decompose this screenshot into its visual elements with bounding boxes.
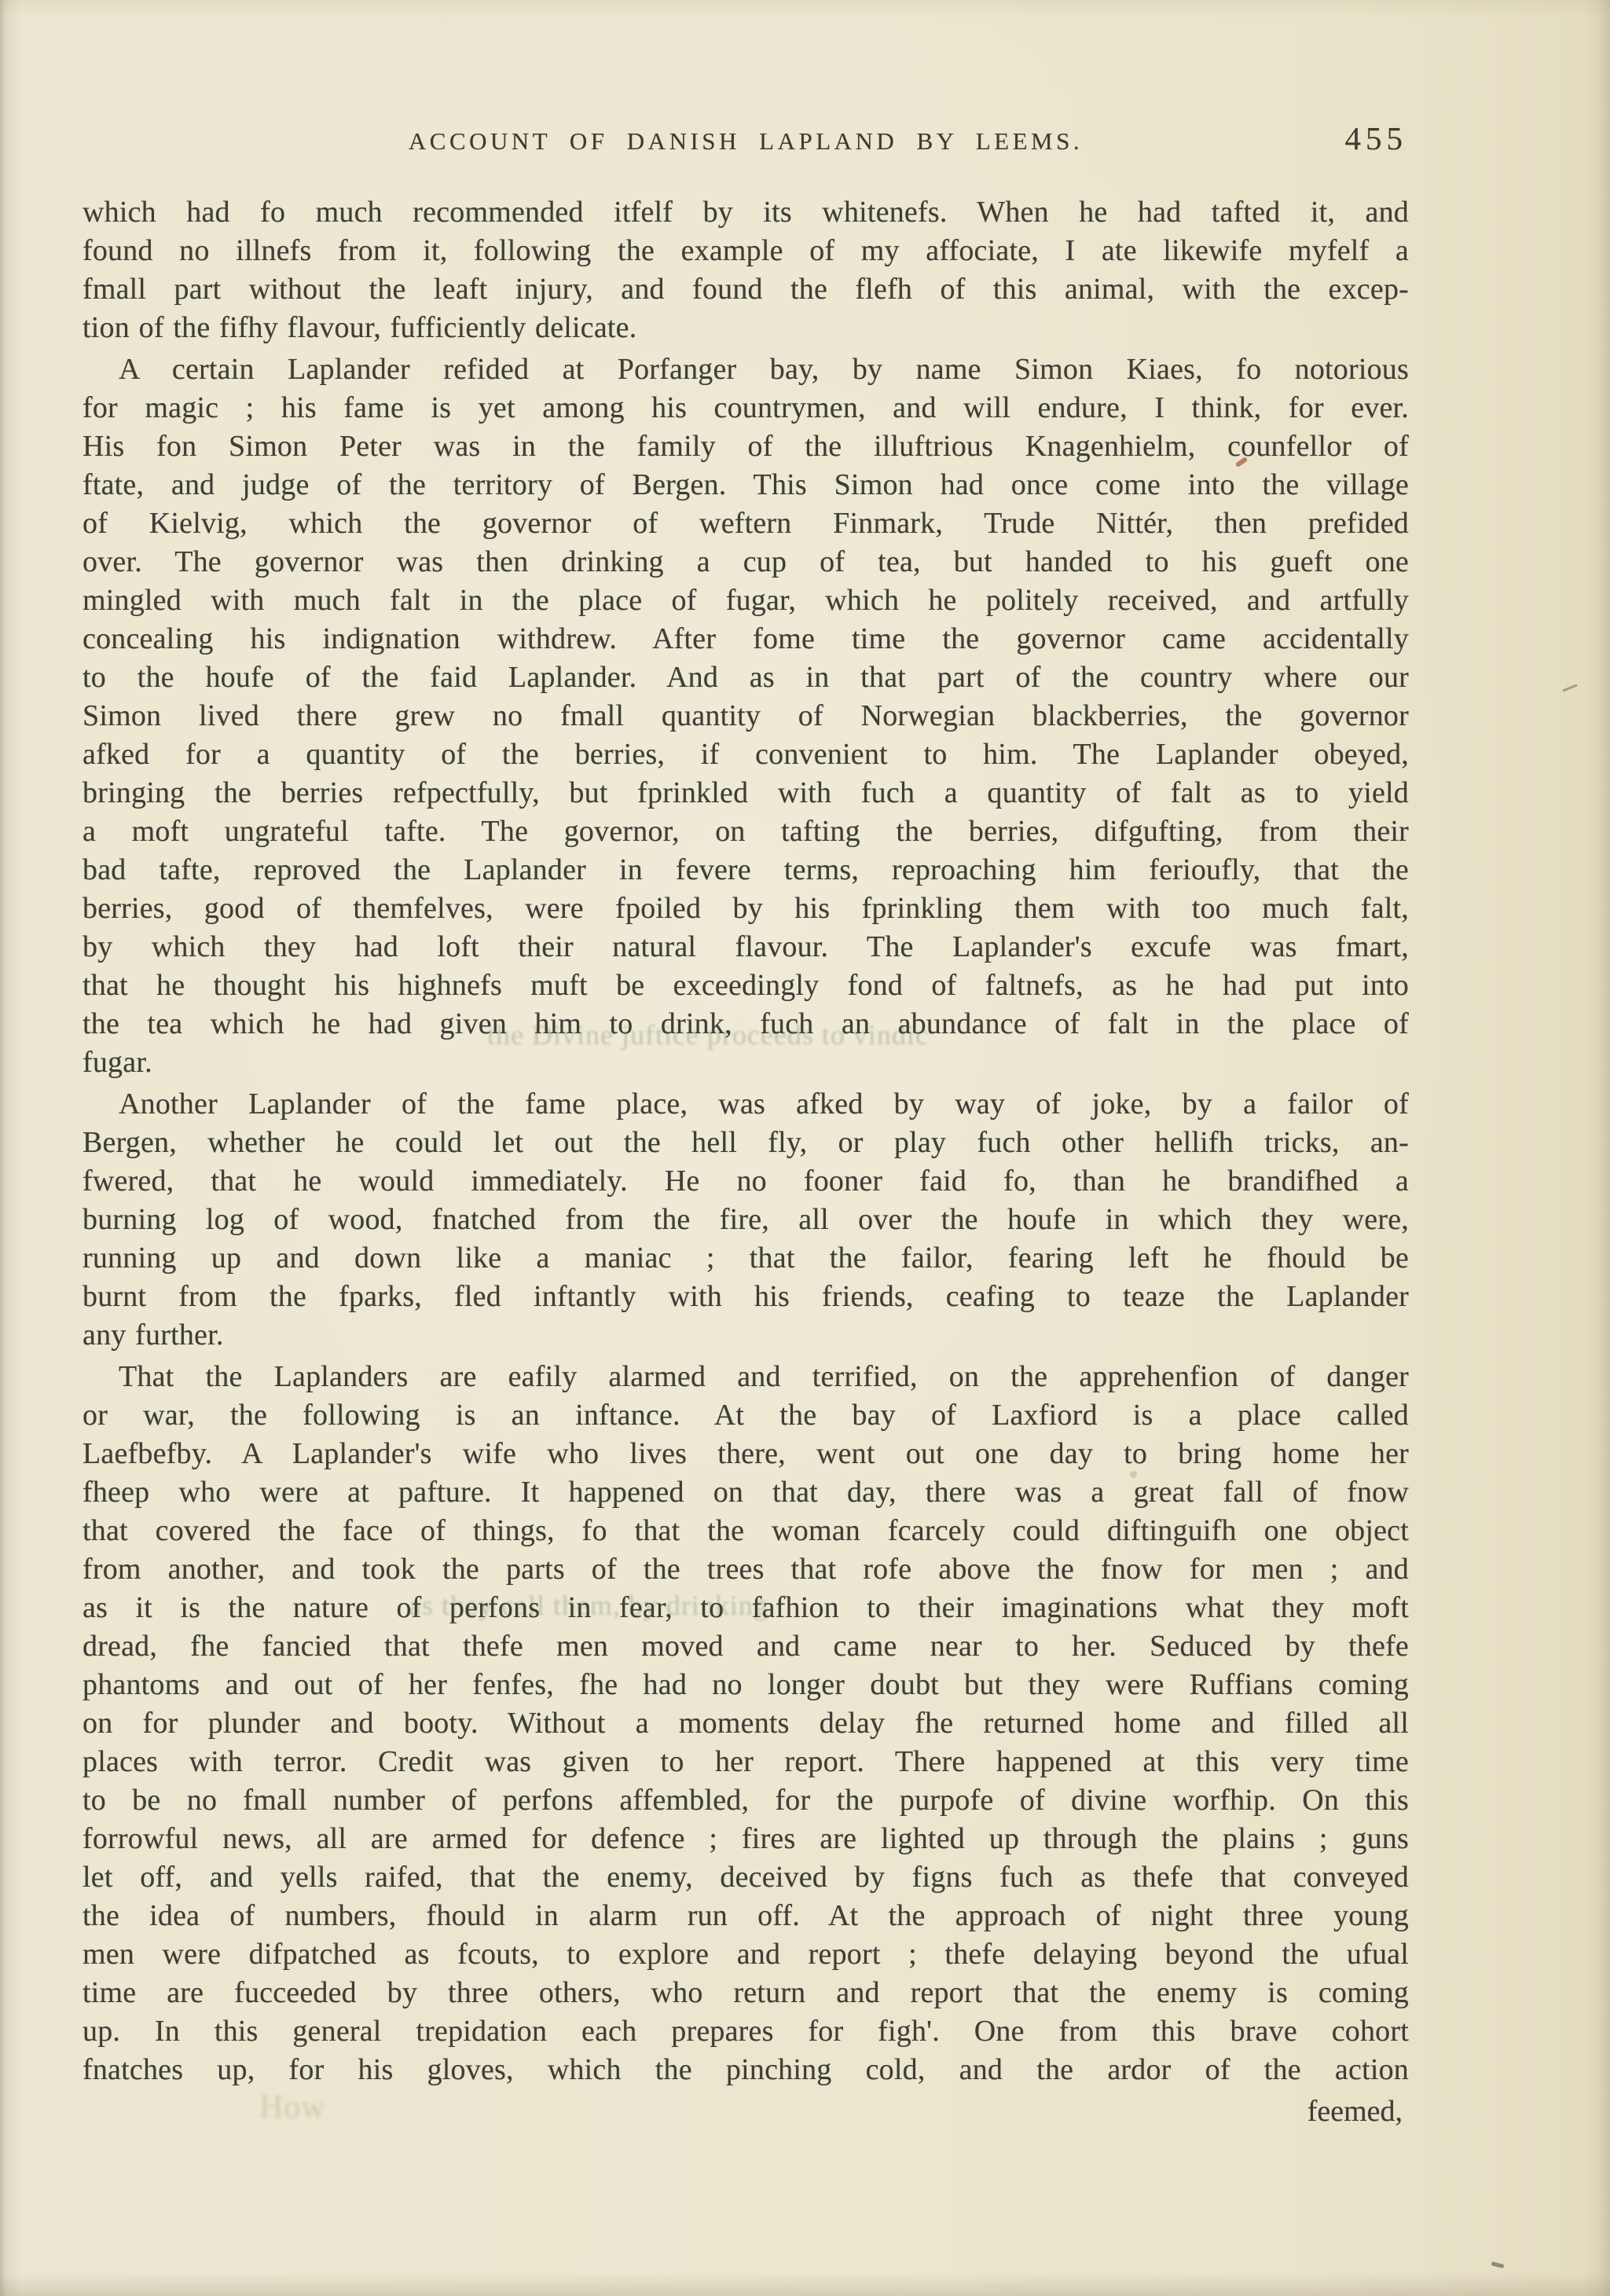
text-line: as it is the nature of perfons in fear, … bbox=[83, 1589, 1409, 1627]
text-line: on for plunder and booty. Without a mome… bbox=[83, 1704, 1409, 1743]
book-page: the Divine juftice proceeds to vindic as… bbox=[0, 0, 1610, 2296]
text-line: that covered the face of things, fo that… bbox=[83, 1512, 1409, 1550]
text-line: from another, and took the parts of the … bbox=[83, 1550, 1409, 1589]
text-line: mingled with much falt in the place of f… bbox=[83, 581, 1409, 620]
text-line: places with terror. Credit was given to … bbox=[83, 1743, 1409, 1781]
text-line: the tea which he had given him to drink,… bbox=[83, 1005, 1409, 1043]
text-line: found no illnefs from it, following the … bbox=[83, 232, 1409, 270]
text-line: berries, good of themfelves, were fpoile… bbox=[83, 889, 1409, 928]
text-line: a moft ungrateful tafte. The governor, o… bbox=[83, 812, 1409, 851]
text-line: fnatches up, for his gloves, which the p… bbox=[83, 2051, 1409, 2089]
text-line: That the Laplanders are eafily alarmed a… bbox=[83, 1358, 1409, 1396]
text-line: the idea of numbers, fhould in alarm run… bbox=[83, 1897, 1409, 1935]
text-line: by which they had loft their natural fla… bbox=[83, 928, 1409, 966]
text-line: let off, and yells raifed, that the enem… bbox=[83, 1858, 1409, 1897]
text-line: any further. bbox=[83, 1316, 1409, 1355]
text-line: concealing his indignation withdrew. Aft… bbox=[83, 620, 1409, 658]
text-block: ACCOUNT OF DANISH LAPLAND BY LEEMS. 455 … bbox=[83, 119, 1409, 2131]
text-line: over. The governor was then drinking a c… bbox=[83, 543, 1409, 581]
text-line: His fon Simon Peter was in the family of… bbox=[83, 427, 1409, 466]
text-line: dread, fhe fancied that thefe men moved … bbox=[83, 1627, 1409, 1666]
text-line: men were difpatched as fcouts, to explor… bbox=[83, 1935, 1409, 1974]
text-line: Bergen, whether he could let out the hel… bbox=[83, 1124, 1409, 1162]
text-line: fmall part without the leaft injury, and… bbox=[83, 270, 1409, 309]
text-line: bad tafte, reproved the Laplander in fev… bbox=[83, 851, 1409, 889]
text-line: Laefbefby. A Laplander's wife who lives … bbox=[83, 1435, 1409, 1473]
text-line: or war, the following is an inftance. At… bbox=[83, 1396, 1409, 1435]
text-line: phantoms and out of her fenfes, fhe had … bbox=[83, 1666, 1409, 1704]
text-line: fwered, that he would immediately. He no… bbox=[83, 1162, 1409, 1201]
paper-speck bbox=[1562, 684, 1578, 691]
text-line: A certain Laplander refided at Porfanger… bbox=[83, 350, 1409, 389]
text-line: which had fo much recommended itfelf by … bbox=[83, 193, 1409, 232]
text-line: running up and down like a maniac ; that… bbox=[83, 1239, 1409, 1278]
text-line: fugar. bbox=[83, 1043, 1409, 1082]
text-line: burnt from the fparks, fled inftantly wi… bbox=[83, 1278, 1409, 1316]
text-line: Another Laplander of the fame place, was… bbox=[83, 1085, 1409, 1124]
text-line: fheep who were at pafture. It happened o… bbox=[83, 1473, 1409, 1512]
text-line: up. In this general trepidation each pre… bbox=[83, 2012, 1409, 2051]
catchword: feemed, bbox=[83, 2092, 1409, 2131]
paragraph: which had fo much recommended itfelf by … bbox=[83, 193, 1409, 347]
paper-speck bbox=[1491, 2261, 1505, 2268]
text-line: bringing the berries refpectfully, but f… bbox=[83, 774, 1409, 812]
page-header: ACCOUNT OF DANISH LAPLAND BY LEEMS. 455 bbox=[83, 119, 1409, 165]
text-line: tion of the fifhy flavour, fufficiently … bbox=[83, 309, 1409, 347]
text-line: time are fucceeded by three others, who … bbox=[83, 1974, 1409, 2012]
text-line: burning log of wood, fnatched from the f… bbox=[83, 1201, 1409, 1239]
text-line: ftate, and judge of the territory of Ber… bbox=[83, 466, 1409, 504]
paragraph: Another Laplander of the fame place, was… bbox=[83, 1085, 1409, 1355]
text-line: for magic ; his fame is yet among his co… bbox=[83, 389, 1409, 427]
text-line: afked for a quantity of the berries, if … bbox=[83, 735, 1409, 774]
paragraph: A certain Laplander refided at Porfanger… bbox=[83, 350, 1409, 1082]
text-line: that he thought his highnefs muft be exc… bbox=[83, 966, 1409, 1005]
text-line: forrowful news, all are armed for defenc… bbox=[83, 1820, 1409, 1858]
text-line: to be no fmall number of perfons affembl… bbox=[83, 1781, 1409, 1820]
page-number: 455 bbox=[1345, 119, 1408, 157]
running-title: ACCOUNT OF DANISH LAPLAND BY LEEMS. bbox=[83, 119, 1409, 156]
text-line: to the houfe of the faid Laplander. And … bbox=[83, 658, 1409, 697]
text-line: Simon lived there grew no fmall quantity… bbox=[83, 697, 1409, 735]
paragraph: That the Laplanders are eafily alarmed a… bbox=[83, 1358, 1409, 2089]
page-body: which had fo much recommended itfelf by … bbox=[83, 193, 1409, 2089]
text-line: of Kielvig, which the governor of wefter… bbox=[83, 504, 1409, 543]
